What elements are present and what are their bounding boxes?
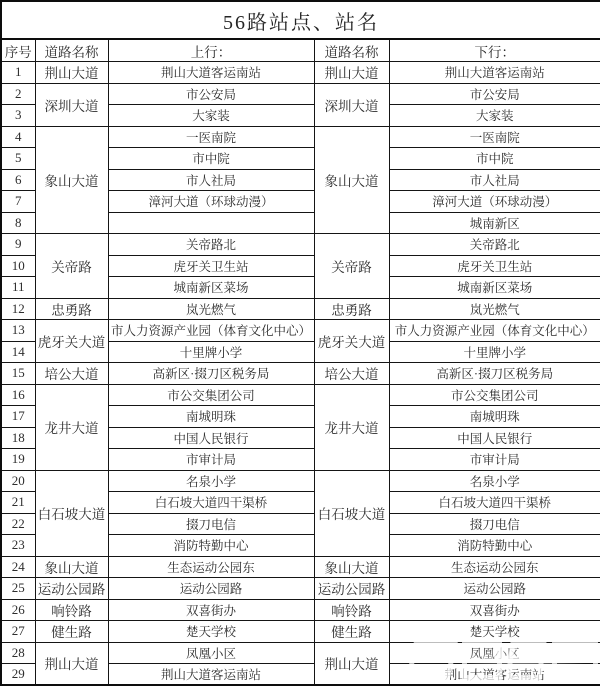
road-name-cell-left: 响铃路: [35, 599, 108, 621]
row-index-cell: 4: [1, 126, 35, 148]
up-station-cell: 市审计局: [108, 449, 314, 471]
table-row: 1荆山大道荆山大道客运南站荆山大道荆山大道客运南站: [1, 62, 600, 84]
table-row: 15培公大道高新区·掇刀区税务局培公大道高新区·掇刀区税务局: [1, 363, 600, 385]
road-name-cell-left: 白石坡大道: [35, 470, 108, 556]
up-station-cell: 市中院: [108, 148, 314, 170]
up-station-cell: 双喜街办: [108, 599, 314, 621]
down-station-cell: 市人社局: [389, 169, 600, 191]
down-station-cell: 荆山大道客运南站: [389, 62, 600, 84]
col-header-down: 下行：: [389, 39, 600, 62]
up-station-cell: 虎牙关卫生站: [108, 255, 314, 277]
row-index-cell: 23: [1, 535, 35, 557]
down-station-cell: 南城明珠: [389, 406, 600, 428]
row-index-cell: 19: [1, 449, 35, 471]
row-index-cell: 6: [1, 169, 35, 191]
up-station-cell: 市人社局: [108, 169, 314, 191]
down-station-cell: 生态运动公园东: [389, 556, 600, 578]
bus-route-table: 56路站点、站名 序号 道路名称 上行： 道路名称 下行： 1荆山大道荆山大道客…: [0, 0, 600, 686]
down-station-cell: 荆山大道客运南站: [389, 664, 600, 686]
road-name-cell-right: 培公大道: [314, 363, 389, 385]
table-row: 25运动公园路运动公园路运动公园路运动公园路: [1, 578, 600, 600]
up-station-cell: 生态运动公园东: [108, 556, 314, 578]
down-station-cell: 岚光燃气: [389, 298, 600, 320]
table-body: 1荆山大道荆山大道客运南站荆山大道荆山大道客运南站2深圳大道市公安局深圳大道市公…: [1, 62, 600, 686]
down-station-cell: 市中院: [389, 148, 600, 170]
down-station-cell: 掇刀电信: [389, 513, 600, 535]
down-station-cell: 市公安局: [389, 83, 600, 105]
up-station-cell: 消防特勤中心: [108, 535, 314, 557]
road-name-cell-right: 荆山大道: [314, 62, 389, 84]
road-name-cell-left: 培公大道: [35, 363, 108, 385]
up-station-cell: 市公交集团公司: [108, 384, 314, 406]
down-station-cell: 城南新区: [389, 212, 600, 234]
road-name-cell-left: 忠勇路: [35, 298, 108, 320]
row-index-cell: 10: [1, 255, 35, 277]
table-title: 56路站点、站名: [1, 1, 600, 39]
down-station-cell: 白石坡大道四干渠桥: [389, 492, 600, 514]
road-name-cell-right: 龙井大道: [314, 384, 389, 470]
up-station-cell: 荆山大道客运南站: [108, 664, 314, 686]
title-row: 56路站点、站名: [1, 1, 600, 39]
down-station-cell: 名泉小学: [389, 470, 600, 492]
table-row: 2深圳大道市公安局深圳大道市公安局: [1, 83, 600, 105]
road-name-cell-left: 象山大道: [35, 126, 108, 234]
up-station-cell: 运动公园路: [108, 578, 314, 600]
road-name-cell-right: 健生路: [314, 621, 389, 643]
down-station-cell: 市审计局: [389, 449, 600, 471]
down-station-cell: 市人力资源产业园（体育文化中心）: [389, 320, 600, 342]
row-index-cell: 1: [1, 62, 35, 84]
down-station-cell: 虎牙关卫生站: [389, 255, 600, 277]
row-index-cell: 14: [1, 341, 35, 363]
row-index-cell: 11: [1, 277, 35, 299]
road-name-cell-left: 关帝路: [35, 234, 108, 299]
col-header-up: 上行：: [108, 39, 314, 62]
road-name-cell-left: 深圳大道: [35, 83, 108, 126]
row-index-cell: 13: [1, 320, 35, 342]
table-row: 12忠勇路岚光燃气忠勇路岚光燃气: [1, 298, 600, 320]
row-index-cell: 16: [1, 384, 35, 406]
up-station-cell: 名泉小学: [108, 470, 314, 492]
down-station-cell: 一医南院: [389, 126, 600, 148]
up-station-cell: 漳河大道（环球动漫）: [108, 191, 314, 213]
table-row: 27健生路楚天学校健生路楚天学校: [1, 621, 600, 643]
row-index-cell: 3: [1, 105, 35, 127]
road-name-cell-left: 虎牙关大道: [35, 320, 108, 363]
road-name-cell-right: 象山大道: [314, 556, 389, 578]
row-index-cell: 7: [1, 191, 35, 213]
row-index-cell: 18: [1, 427, 35, 449]
row-index-cell: 28: [1, 642, 35, 664]
up-station-cell: 岚光燃气: [108, 298, 314, 320]
up-station-cell: 白石坡大道四干渠桥: [108, 492, 314, 514]
road-name-cell-right: 深圳大道: [314, 83, 389, 126]
up-station-cell: 高新区·掇刀区税务局: [108, 363, 314, 385]
table-row: 28荆山大道凤凰小区荆山大道凤凰小区: [1, 642, 600, 664]
up-station-cell: 市公安局: [108, 83, 314, 105]
row-index-cell: 26: [1, 599, 35, 621]
page: 56路站点、站名 序号 道路名称 上行： 道路名称 下行： 1荆山大道荆山大道客…: [0, 0, 600, 686]
row-index-cell: 24: [1, 556, 35, 578]
up-station-cell: 中国人民银行: [108, 427, 314, 449]
road-name-cell-left: 象山大道: [35, 556, 108, 578]
up-station-cell: [108, 212, 314, 234]
up-station-cell: 市人力资源产业园（体育文化中心）: [108, 320, 314, 342]
row-index-cell: 5: [1, 148, 35, 170]
down-station-cell: 双喜街办: [389, 599, 600, 621]
road-name-cell-right: 响铃路: [314, 599, 389, 621]
road-name-cell-left: 荆山大道: [35, 642, 108, 685]
table-row: 26响铃路双喜街办响铃路双喜街办: [1, 599, 600, 621]
up-station-cell: 一医南院: [108, 126, 314, 148]
table-row: 16龙井大道市公交集团公司龙井大道市公交集团公司: [1, 384, 600, 406]
road-name-cell-left: 龙井大道: [35, 384, 108, 470]
col-header-index: 序号: [1, 39, 35, 62]
col-header-road-right: 道路名称: [314, 39, 389, 62]
road-name-cell-right: 白石坡大道: [314, 470, 389, 556]
road-name-cell-right: 运动公园路: [314, 578, 389, 600]
table-row: 9关帝路关帝路北关帝路关帝路北: [1, 234, 600, 256]
up-station-cell: 楚天学校: [108, 621, 314, 643]
up-station-cell: 掇刀电信: [108, 513, 314, 535]
road-name-cell-left: 健生路: [35, 621, 108, 643]
table-row: 24象山大道生态运动公园东象山大道生态运动公园东: [1, 556, 600, 578]
up-station-cell: 十里牌小学: [108, 341, 314, 363]
row-index-cell: 15: [1, 363, 35, 385]
down-station-cell: 运动公园路: [389, 578, 600, 600]
table-row: 20白石坡大道名泉小学白石坡大道名泉小学: [1, 470, 600, 492]
row-index-cell: 27: [1, 621, 35, 643]
row-index-cell: 22: [1, 513, 35, 535]
down-station-cell: 关帝路北: [389, 234, 600, 256]
road-name-cell-right: 忠勇路: [314, 298, 389, 320]
down-station-cell: 凤凰小区: [389, 642, 600, 664]
row-index-cell: 17: [1, 406, 35, 428]
row-index-cell: 29: [1, 664, 35, 686]
row-index-cell: 8: [1, 212, 35, 234]
road-name-cell-right: 虎牙关大道: [314, 320, 389, 363]
road-name-cell-left: 荆山大道: [35, 62, 108, 84]
row-index-cell: 9: [1, 234, 35, 256]
row-index-cell: 25: [1, 578, 35, 600]
up-station-cell: 凤凰小区: [108, 642, 314, 664]
up-station-cell: 南城明珠: [108, 406, 314, 428]
down-station-cell: 大家装: [389, 105, 600, 127]
down-station-cell: 城南新区菜场: [389, 277, 600, 299]
up-station-cell: 城南新区菜场: [108, 277, 314, 299]
down-station-cell: 楚天学校: [389, 621, 600, 643]
row-index-cell: 2: [1, 83, 35, 105]
road-name-cell-left: 运动公园路: [35, 578, 108, 600]
up-station-cell: 大家装: [108, 105, 314, 127]
road-name-cell-right: 象山大道: [314, 126, 389, 234]
row-index-cell: 12: [1, 298, 35, 320]
road-name-cell-right: 荆山大道: [314, 642, 389, 685]
up-station-cell: 荆山大道客运南站: [108, 62, 314, 84]
up-station-cell: 关帝路北: [108, 234, 314, 256]
road-name-cell-right: 关帝路: [314, 234, 389, 299]
down-station-cell: 市公交集团公司: [389, 384, 600, 406]
row-index-cell: 21: [1, 492, 35, 514]
table-row: 13虎牙关大道市人力资源产业园（体育文化中心）虎牙关大道市人力资源产业园（体育文…: [1, 320, 600, 342]
col-header-road-left: 道路名称: [35, 39, 108, 62]
header-row: 序号 道路名称 上行： 道路名称 下行：: [1, 39, 600, 62]
row-index-cell: 20: [1, 470, 35, 492]
down-station-cell: 消防特勤中心: [389, 535, 600, 557]
down-station-cell: 中国人民银行: [389, 427, 600, 449]
down-station-cell: 漳河大道（环球动漫）: [389, 191, 600, 213]
down-station-cell: 高新区·掇刀区税务局: [389, 363, 600, 385]
table-row: 4象山大道一医南院象山大道一医南院: [1, 126, 600, 148]
down-station-cell: 十里牌小学: [389, 341, 600, 363]
